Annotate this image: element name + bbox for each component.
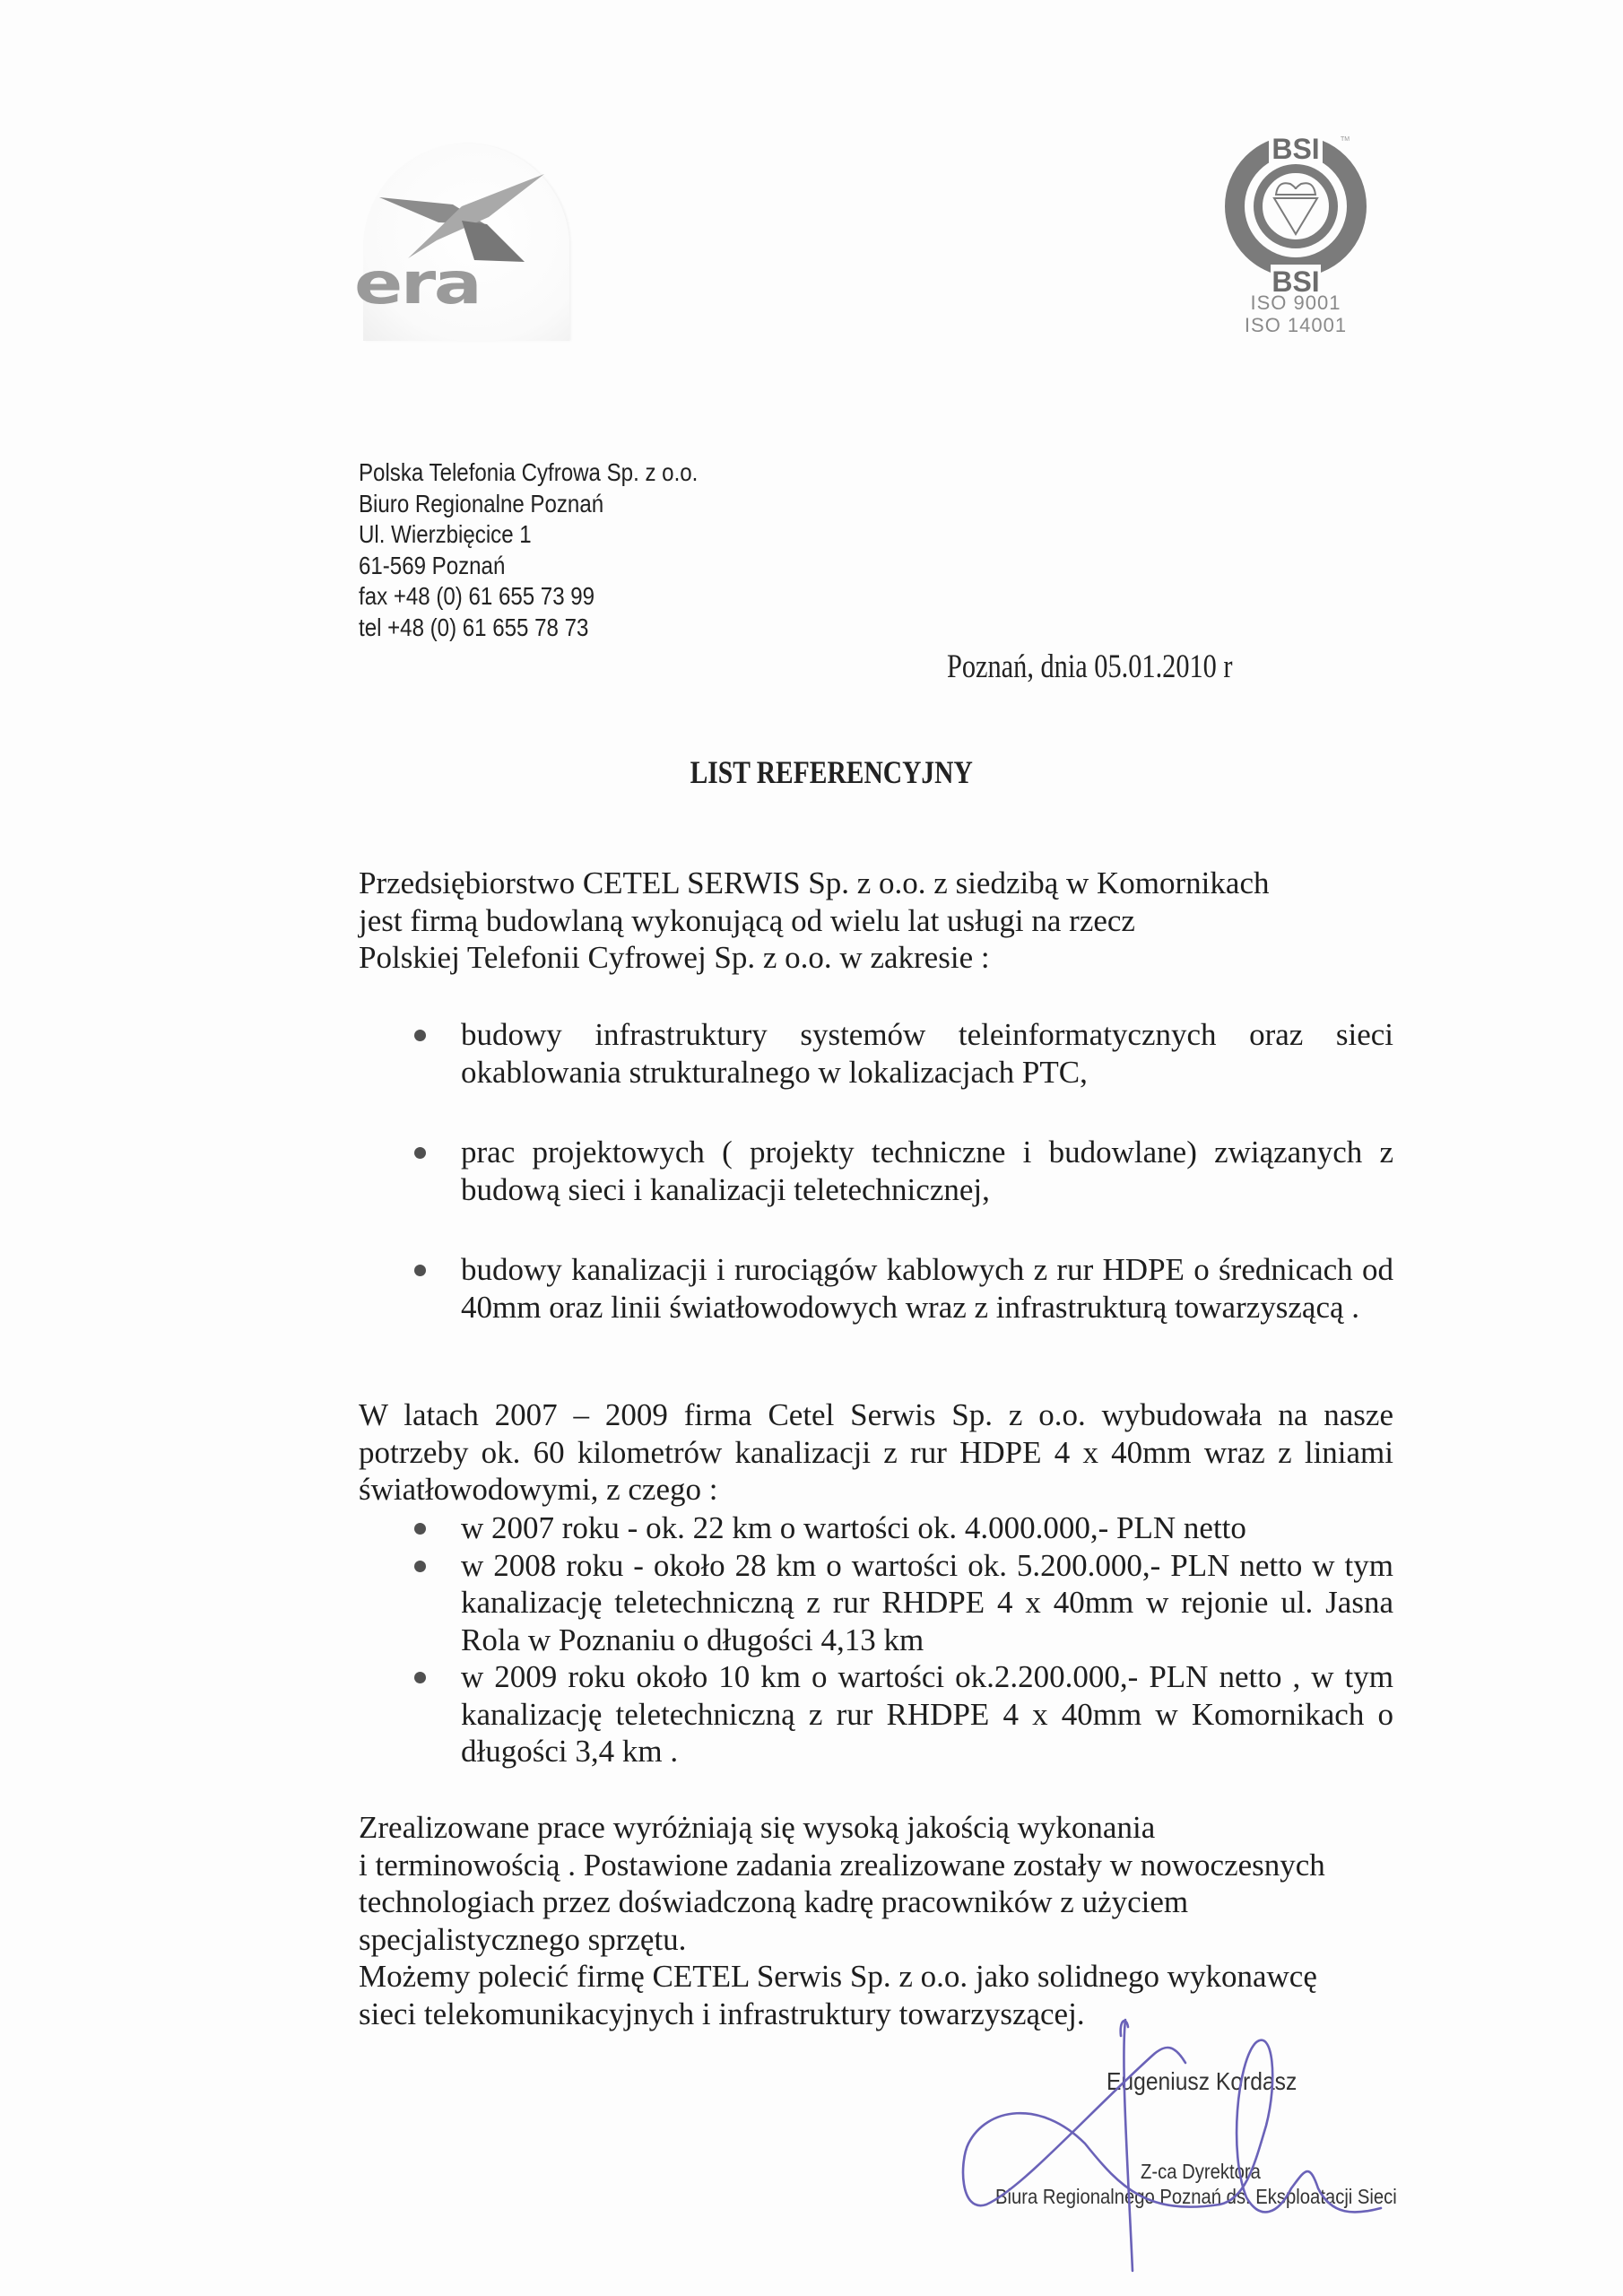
intro-paragraph: Przedsiębiorstwo CETEL SERWIS Sp. z o.o.… — [359, 865, 1393, 977]
sender-postal-city: 61-569 Poznań — [359, 551, 698, 582]
bullet-icon — [414, 1561, 426, 1572]
summary-paragraph: W latach 2007 – 2009 firma Cetel Serwis … — [359, 1396, 1393, 1509]
bullet-icon — [414, 1672, 426, 1683]
era-logo: era — [309, 143, 578, 341]
closing-line: specjalistycznego sprzętu. — [359, 1921, 1393, 1959]
closing-line: Zrealizowane prace wyróżniają się wysoką… — [359, 1809, 1393, 1847]
scope-item-text: budowy kanalizacji i rurociągów kablowyc… — [461, 1252, 1393, 1325]
bsi-certification-logo: BSI TM BSI ISO 9001 ISO 14001 — [1206, 112, 1385, 350]
closing-line: i terminowością . Postawione zadania zre… — [359, 1847, 1393, 1884]
bsi-kitemark-icon: BSI TM BSI — [1215, 121, 1376, 300]
closing-paragraph: Zrealizowane prace wyróżniają się wysoką… — [359, 1809, 1393, 2032]
bullet-icon — [414, 1147, 426, 1159]
intro-line: Przedsiębiorstwo CETEL SERWIS Sp. z o.o.… — [359, 865, 1393, 902]
svg-text:TM: TM — [1341, 136, 1350, 143]
yearly-item-2008: w 2008 roku - około 28 km o wartości ok.… — [414, 1547, 1393, 1659]
document-title-text: LIST REFERENCYJNY — [690, 753, 973, 791]
bullet-icon — [414, 1265, 426, 1276]
era-wordmark: era — [354, 251, 480, 317]
document-title: LIST REFERENCYJNY — [0, 753, 1623, 791]
yearly-item-text: w 2009 roku około 10 km o wartości ok.2.… — [461, 1659, 1393, 1769]
handwritten-signature-icon — [950, 2009, 1453, 2296]
sender-company: Polska Telefonia Cyfrowa Sp. z o.o. — [359, 457, 698, 489]
bullet-icon — [414, 1030, 426, 1041]
sender-phone: tel +48 (0) 61 655 78 73 — [359, 613, 698, 644]
bsi-top-text: BSI — [1271, 133, 1319, 165]
yearly-list: w 2007 roku - ok. 22 km o wartości ok. 4… — [414, 1509, 1393, 1770]
scope-item: budowy infrastruktury systemów teleinfor… — [414, 1016, 1393, 1091]
scope-item-text: budowy infrastruktury systemów teleinfor… — [461, 1017, 1393, 1090]
scope-item-text: prac projektowych ( projekty techniczne … — [461, 1135, 1393, 1207]
sender-fax: fax +48 (0) 61 655 73 99 — [359, 581, 698, 613]
scope-list: budowy infrastruktury systemów teleinfor… — [414, 1016, 1393, 1326]
intro-line: jest firmą budowlaną wykonującą od wielu… — [359, 902, 1393, 940]
yearly-item-text: w 2007 roku - ok. 22 km o wartości ok. 4… — [461, 1510, 1246, 1545]
closing-line: Możemy polecić firmę CETEL Serwis Sp. z … — [359, 1958, 1393, 1996]
sender-street: Ul. Wierzbięcice 1 — [359, 519, 698, 551]
letter-date: Poznań, dnia 05.01.2010 r — [947, 648, 1233, 686]
iso-9001-label: ISO 9001 — [1206, 291, 1385, 314]
sender-address: Polska Telefonia Cyfrowa Sp. z o.o. Biur… — [359, 457, 753, 643]
intro-line: Polskiej Telefonii Cyfrowej Sp. z o.o. w… — [359, 939, 1393, 977]
scope-item: prac projektowych ( projekty techniczne … — [414, 1134, 1393, 1208]
yearly-item-2009: w 2009 roku około 10 km o wartości ok.2.… — [414, 1658, 1393, 1770]
yearly-item-text: w 2008 roku - około 28 km o wartości ok.… — [461, 1548, 1393, 1657]
signature-block: Eugeniusz Kordasz Z-ca Dyrektora Biura R… — [950, 2009, 1453, 2296]
iso-standards: ISO 9001 ISO 14001 — [1206, 291, 1385, 336]
iso-14001-label: ISO 14001 — [1206, 314, 1385, 336]
closing-line: technologiach przez doświadczoną kadrę p… — [359, 1883, 1393, 1921]
yearly-item-2007: w 2007 roku - ok. 22 km o wartości ok. 4… — [414, 1509, 1393, 1547]
sender-office: Biuro Regionalne Poznań — [359, 489, 698, 520]
bullet-icon — [414, 1523, 426, 1535]
scope-item: budowy kanalizacji i rurociągów kablowyc… — [414, 1251, 1393, 1326]
